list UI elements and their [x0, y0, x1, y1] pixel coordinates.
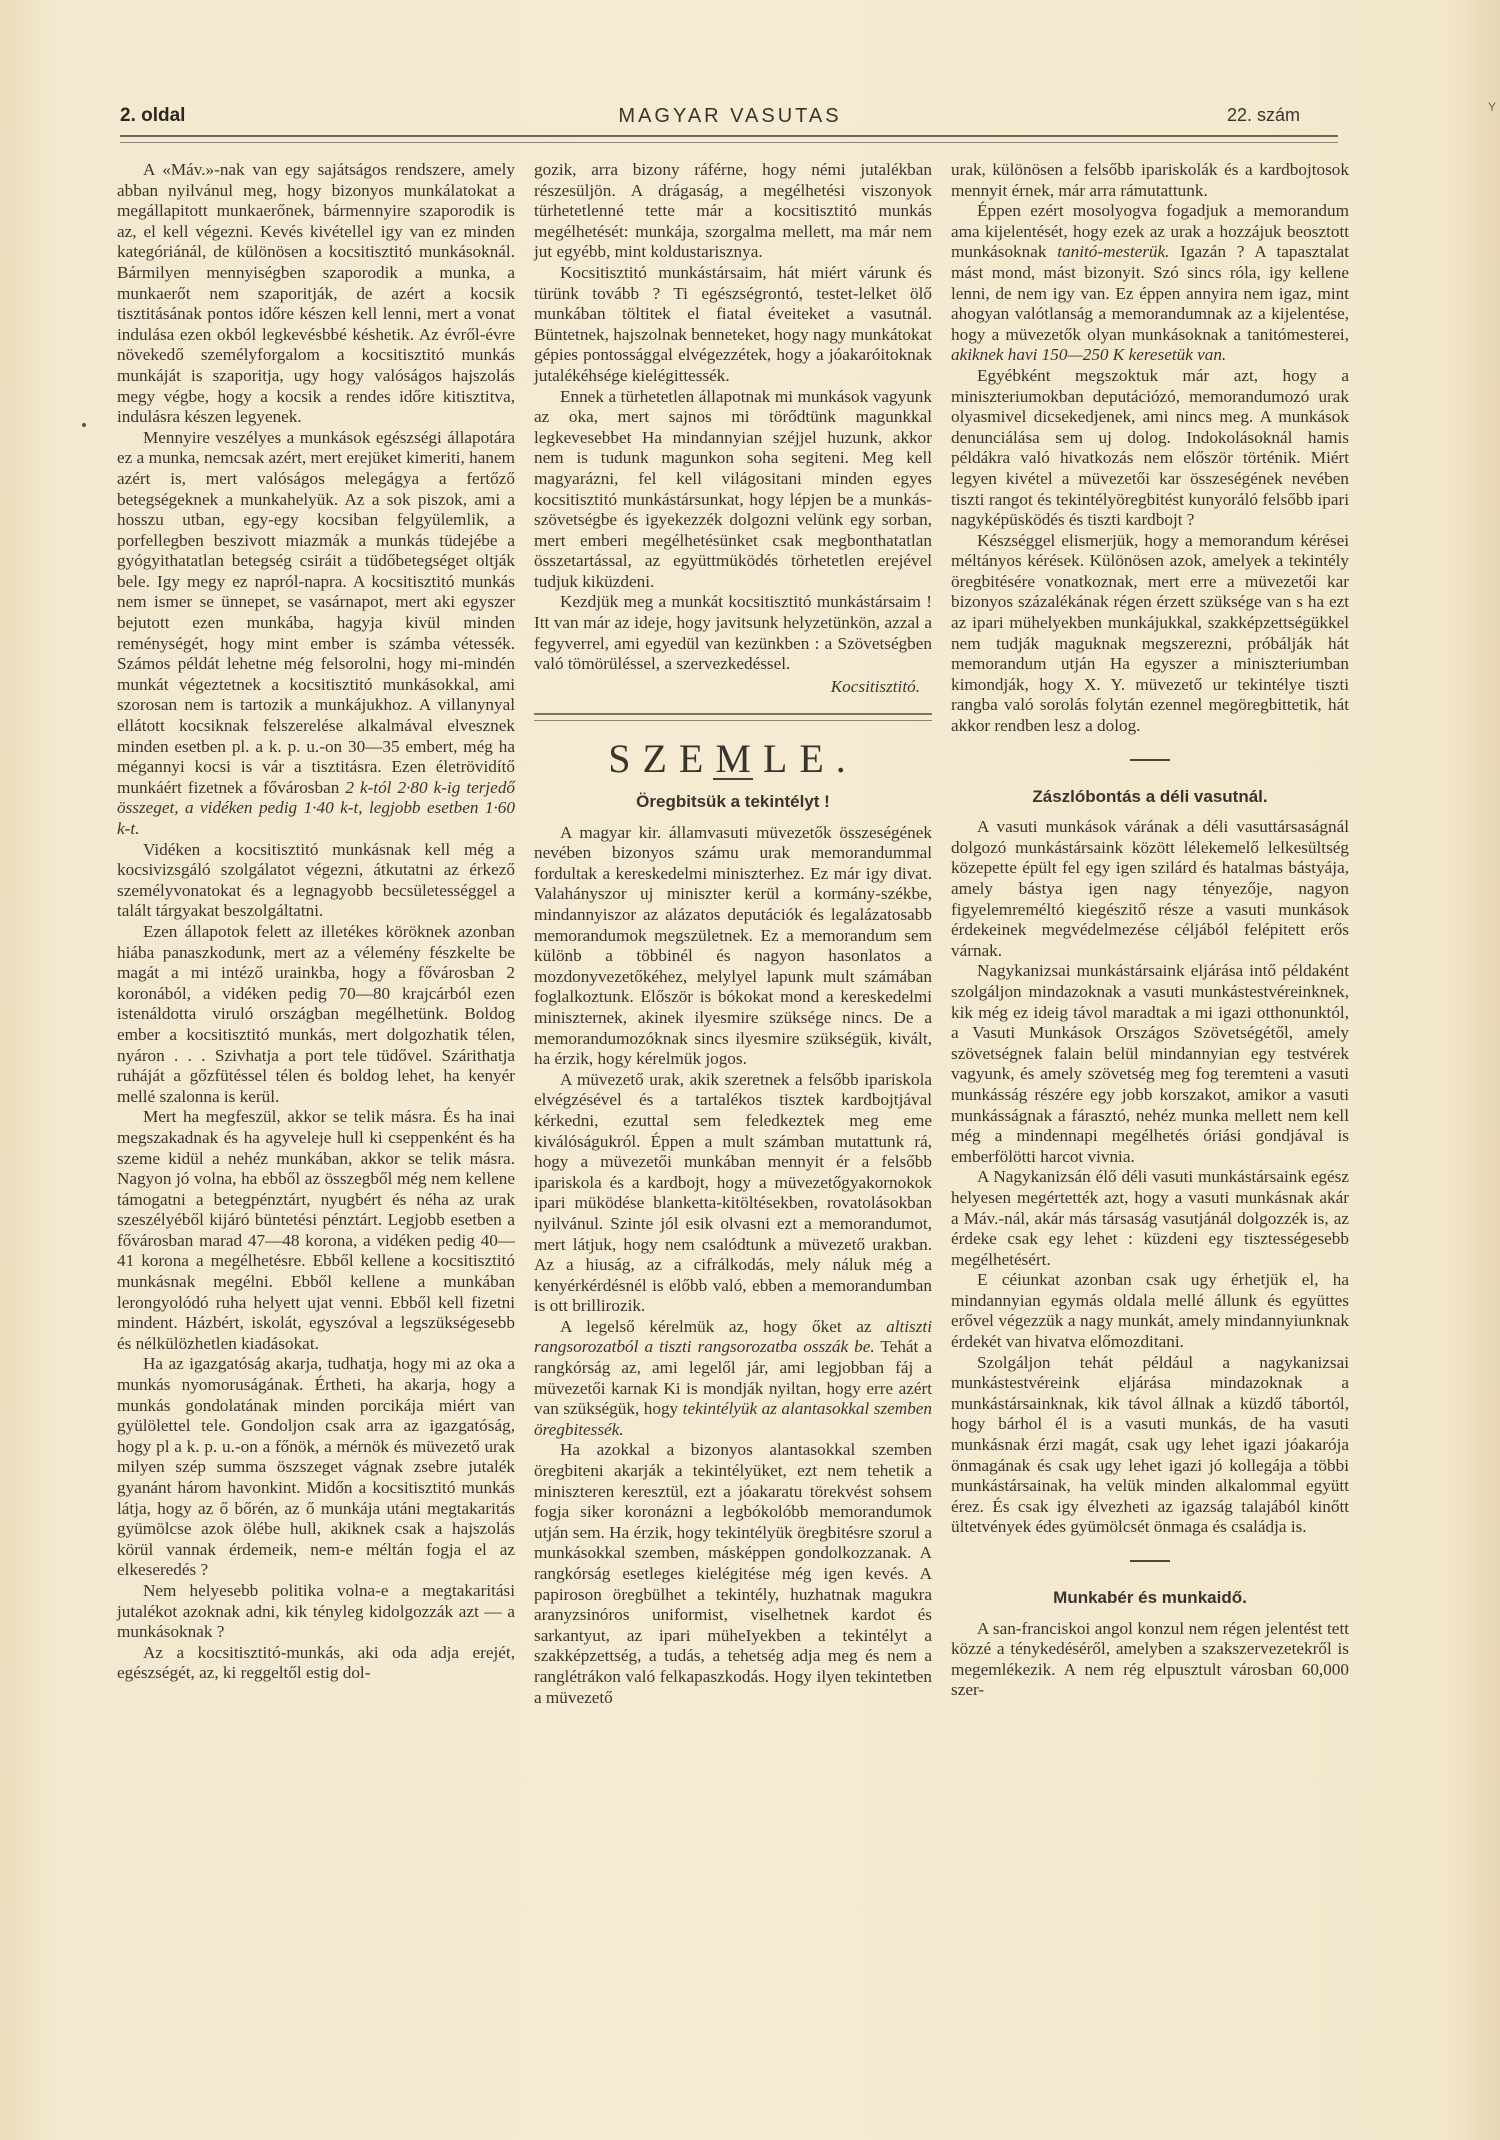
paragraph: Nem helyesebb politika volna-e a megtaka… [117, 1581, 515, 1643]
paragraph: E céiunkat azonban csak ugy érhetjük el,… [951, 1270, 1349, 1352]
paragraph: urak, különösen a felsőbb ipariskolák és… [951, 160, 1349, 201]
article-divider [1130, 1560, 1170, 1562]
paragraph: A müvezető urak, akik szeretnek a felsőb… [534, 1070, 932, 1317]
margin-mark: Y [1488, 100, 1496, 114]
header-rule [120, 135, 1338, 143]
section-divider [534, 713, 932, 721]
paragraph: Éppen ezért mosolyogva fogadjuk a memora… [951, 201, 1349, 366]
paragraph: Ha az igazgatóság akarja, tudhatja, hogy… [117, 1354, 515, 1581]
paragraph: A vasuti munkások várának a déli vasuttá… [951, 817, 1349, 961]
newspaper-page: Y 2. oldal MAGYAR VASUTAS 22. szám A «Má… [0, 0, 1500, 2140]
column-1: A «Máv.»-nak van egy sajátságos rendszer… [117, 160, 515, 1684]
paragraph: A «Máv.»-nak van egy sajátságos rendszer… [117, 160, 515, 428]
article-title: Zászlóbontás a déli vasutnál. [951, 787, 1349, 808]
paragraph: Kocsitisztitó munkástársaim, hát miért v… [534, 263, 932, 387]
paragraph: Kezdjük meg a munkát kocsitisztitó munká… [534, 592, 932, 674]
paragraph: Ennek a türhetetlen állapotnak mi munkás… [534, 387, 932, 593]
italic-salary-text: akiknek havi 150—250 K keresetük van. [951, 345, 1226, 364]
paragraph: A magyar kir. államvasuti müvezetők össz… [534, 823, 932, 1070]
paragraph: Készséggel elismerjük, hogy a memorandum… [951, 531, 1349, 737]
article-title: Öregbitsük a tekintélyt ! [534, 792, 932, 813]
page-header: 2. oldal MAGYAR VASUTAS 22. szám [120, 105, 1340, 131]
ink-spot [82, 423, 86, 427]
italic-teacher-text: tanitó-mesterük. [1057, 242, 1169, 261]
column-2: gozik, arra bizony ráférne, hogy némi ju… [534, 160, 932, 1708]
paragraph: Nagykanizsai munkástársaink eljárása int… [951, 961, 1349, 1167]
column-3: urak, különösen a felsőbb ipariskolák és… [951, 160, 1349, 1701]
article-divider [1130, 759, 1170, 761]
paragraph: gozik, arra bizony ráférne, hogy némi ju… [534, 160, 932, 263]
paragraph: A legelső kérelmük az, hogy őket az alti… [534, 1317, 932, 1441]
paragraph: Az a kocsitisztitó-munkás, aki oda adja … [117, 1643, 515, 1684]
paragraph: A san-franciskoi angol konzul nem régen … [951, 1619, 1349, 1701]
paragraph: Szolgáljon tehát például a nagykanizsai … [951, 1353, 1349, 1538]
issue-number: 22. szám [1227, 105, 1300, 126]
paragraph: Vidéken a kocsitisztitó munkásnak kell m… [117, 840, 515, 922]
article-title: Munkabér és munkaidő. [951, 1588, 1349, 1609]
publication-title: MAGYAR VASUTAS [120, 105, 1340, 128]
paragraph: Ha azokkal a bizonyos alantasokkal szemb… [534, 1440, 932, 1708]
section-title: SZEMLE. [534, 749, 932, 770]
paragraph: A Nagykanizsán élő déli vasuti munkástár… [951, 1167, 1349, 1270]
paragraph: Egyébként megszoktuk már azt, hogy a min… [951, 366, 1349, 531]
paragraph: Mert ha megfeszül, akkor se telik másra.… [117, 1107, 515, 1354]
paragraph: Ezen állapotok felett az illetékes körök… [117, 922, 515, 1107]
article-signature: Kocsitisztitó. [534, 677, 932, 698]
paragraph: Mennyire veszélyes a munkások egészségi … [117, 428, 515, 840]
